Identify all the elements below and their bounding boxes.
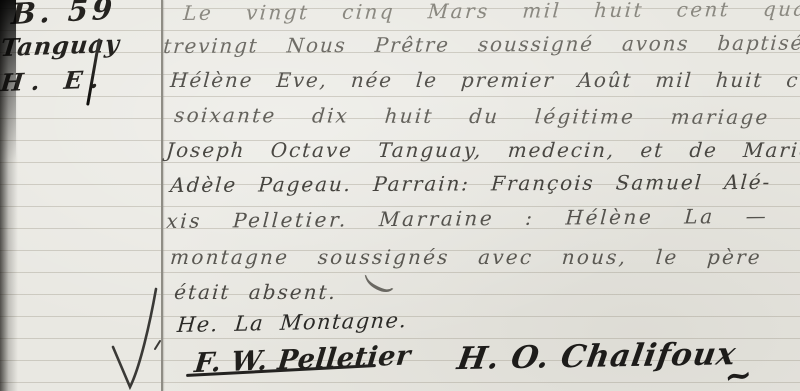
entry-line: Hélène Eve, née le premier Août mil huit… (170, 70, 800, 90)
entry-line: Adèle Pageau. Parrain: François Samuel A… (170, 172, 772, 195)
entry-line: était absent. (174, 282, 338, 302)
register-page: B. 59 Tanguay H. E. Le vingt cinq Mars m… (0, 0, 800, 391)
entry-line: Le vingt cinq Mars mil huit cent qua- (183, 0, 800, 23)
signature-priest-flourish: ~ (721, 354, 755, 391)
entry-line: Joseph Octave Tanguay, medecin, et de Ma… (166, 140, 800, 160)
margin-act-number: B. 59 (10, 0, 116, 29)
signature-godmother: He. La Montagne. (176, 310, 408, 336)
entry-line: xis Pelletier. Marraine : Hélène La — (166, 206, 769, 231)
entry-line: montagne soussignés avec nous, le père (170, 247, 763, 267)
top-left-corner-shadow (0, 0, 16, 160)
margin-surname: Tanguay (0, 32, 121, 60)
signature-priest: H. O. Chalifoux (455, 339, 738, 375)
entry-line: trevingt Nous Prêtre soussigné avons bap… (163, 33, 800, 56)
entry-line: soixante dix huit du légitime mariage de (174, 105, 800, 127)
margin-checkmark (100, 283, 164, 391)
